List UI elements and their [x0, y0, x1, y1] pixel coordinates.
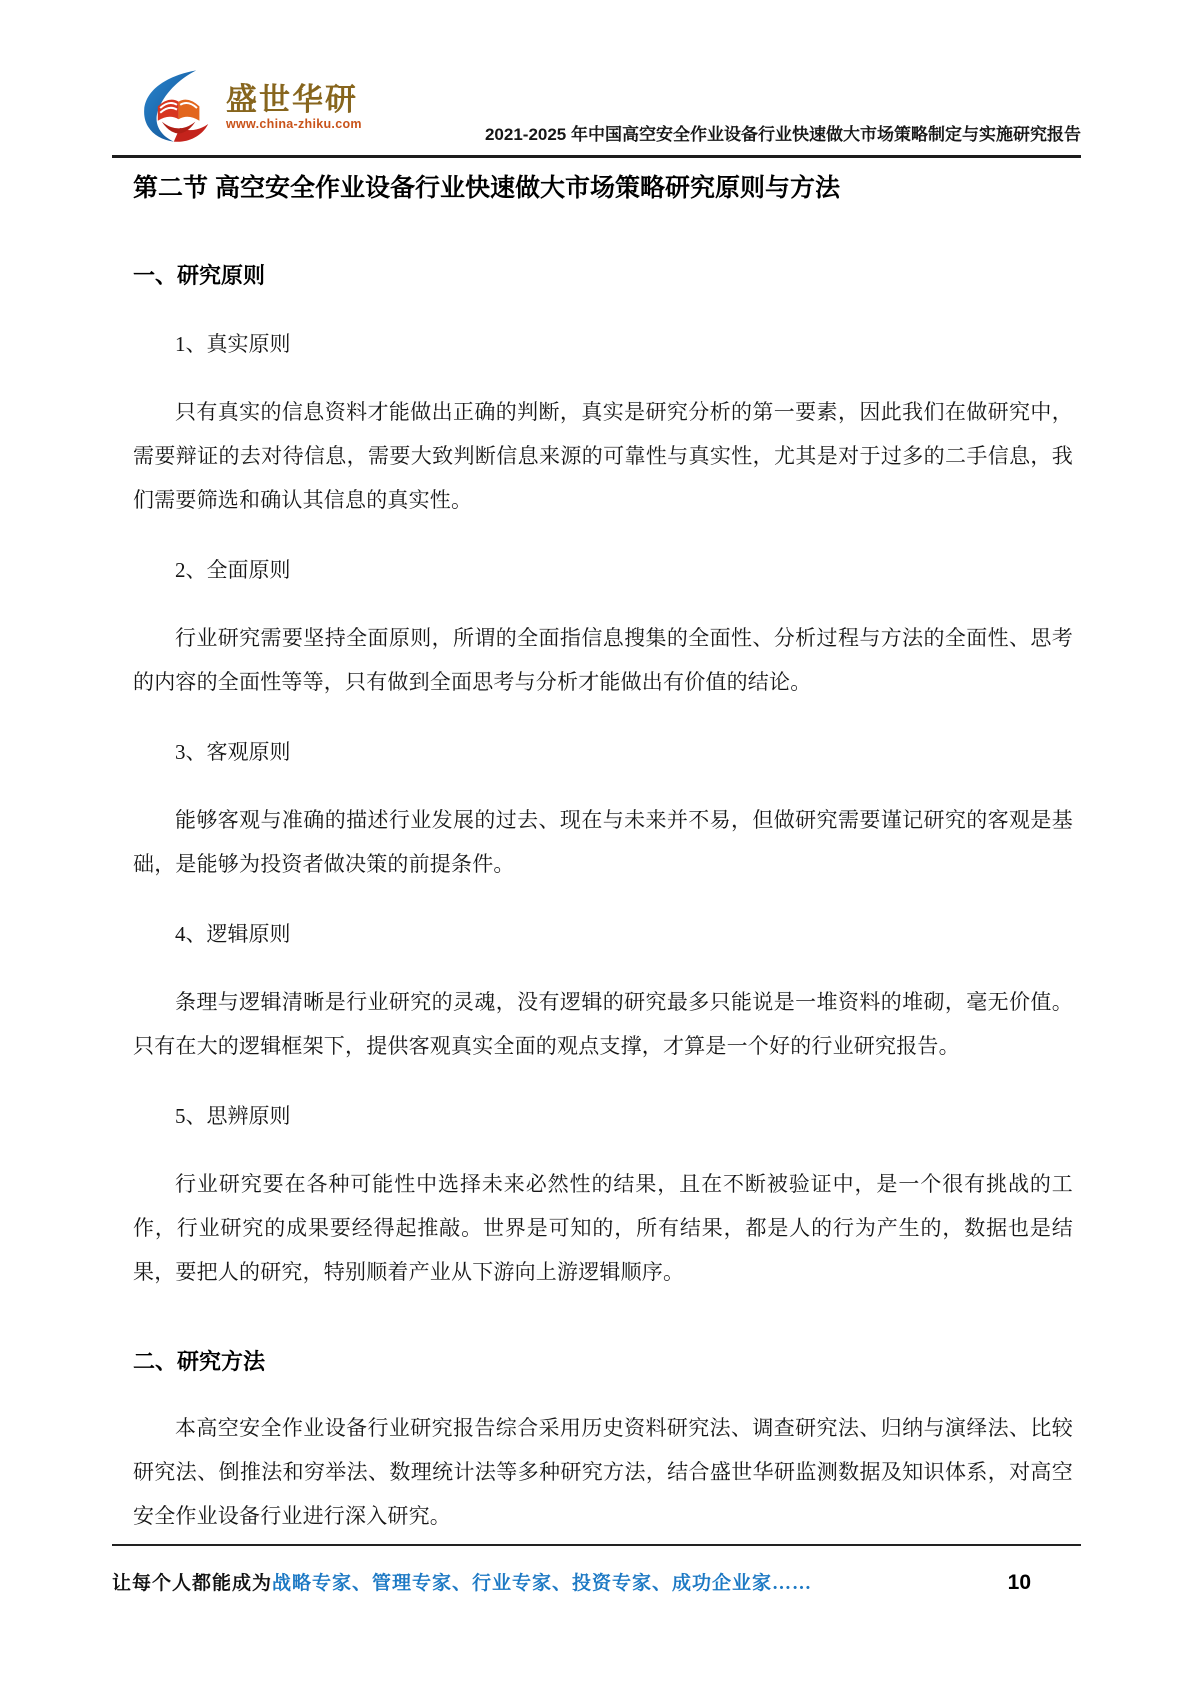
- principle-paragraph: 条理与逻辑清晰是行业研究的灵魂，没有逻辑的研究最多只能说是一堆资料的堆砌，毫无价…: [133, 980, 1073, 1068]
- principle-label: 4、逻辑原则: [133, 912, 1073, 956]
- section-heading-principles: 一、研究原则: [133, 256, 1073, 296]
- report-title: 2021-2025 年中国高空安全作业设备行业快速做大市场策略制定与实施研究报告: [485, 120, 1081, 148]
- page-footer: 让每个人都能成为战略专家、管理专家、行业专家、投资专家、成功企业家…… 10: [112, 1544, 1081, 1595]
- principle-paragraph: 只有真实的信息资料才能做出正确的判断，真实是研究分析的第一要素，因此我们在做研究…: [133, 390, 1073, 522]
- header-divider: [112, 155, 1081, 158]
- methods-paragraph: 本高空安全作业设备行业研究报告综合采用历史资料研究法、调查研究法、归纳与演绎法、…: [133, 1406, 1073, 1538]
- slogan-highlight: 战略专家、管理专家、行业专家、投资专家、成功企业家……: [272, 1573, 812, 1594]
- principle-item: 3、客观原则 能够客观与准确的描述行业发展的过去、现在与未来并不易，但做研究需要…: [133, 730, 1073, 886]
- principle-label: 1、真实原则: [133, 322, 1073, 366]
- principle-paragraph: 行业研究要在各种可能性中选择未来必然性的结果，且在不断被验证中，是一个很有挑战的…: [133, 1162, 1073, 1294]
- document-page: 盛世华研 www.china-zhiku.com 2021-2025 年中国高空…: [0, 0, 1191, 1684]
- brand-name: 盛世华研: [226, 84, 362, 116]
- principle-item: 5、思辨原则 行业研究要在各种可能性中选择未来必然性的结果，且在不断被验证中，是…: [133, 1094, 1073, 1294]
- chapter-title: 第二节 高空安全作业设备行业快速做大市场策略研究原则与方法: [133, 168, 1073, 208]
- slogan-prefix: 让每个人都能成为: [112, 1573, 272, 1594]
- brand-website: www.china-zhiku.com: [226, 116, 362, 132]
- page-content: 第二节 高空安全作业设备行业快速做大市场策略研究原则与方法 一、研究原则 1、真…: [0, 168, 1191, 1538]
- logo-text: 盛世华研 www.china-zhiku.com: [226, 84, 362, 132]
- book-swoosh-icon: [136, 68, 218, 148]
- principle-paragraph: 行业研究需要坚持全面原则，所谓的全面指信息搜集的全面性、分析过程与方法的全面性、…: [133, 616, 1073, 704]
- page-number: 10: [1008, 1571, 1031, 1595]
- principle-paragraph: 能够客观与准确的描述行业发展的过去、现在与未来并不易，但做研究需要谨记研究的客观…: [133, 798, 1073, 886]
- page-header: 盛世华研 www.china-zhiku.com 2021-2025 年中国高空…: [0, 0, 1191, 148]
- footer-slogan: 让每个人都能成为战略专家、管理专家、行业专家、投资专家、成功企业家……: [112, 1568, 812, 1595]
- principle-label: 5、思辨原则: [133, 1094, 1073, 1138]
- principle-item: 4、逻辑原则 条理与逻辑清晰是行业研究的灵魂，没有逻辑的研究最多只能说是一堆资料…: [133, 912, 1073, 1068]
- principle-label: 3、客观原则: [133, 730, 1073, 774]
- section-heading-methods: 二、研究方法: [133, 1342, 1073, 1382]
- principle-item: 2、全面原则 行业研究需要坚持全面原则，所谓的全面指信息搜集的全面性、分析过程与…: [133, 548, 1073, 704]
- principle-label: 2、全面原则: [133, 548, 1073, 592]
- company-logo: 盛世华研 www.china-zhiku.com: [136, 68, 362, 148]
- principle-item: 1、真实原则 只有真实的信息资料才能做出正确的判断，真实是研究分析的第一要素，因…: [133, 322, 1073, 522]
